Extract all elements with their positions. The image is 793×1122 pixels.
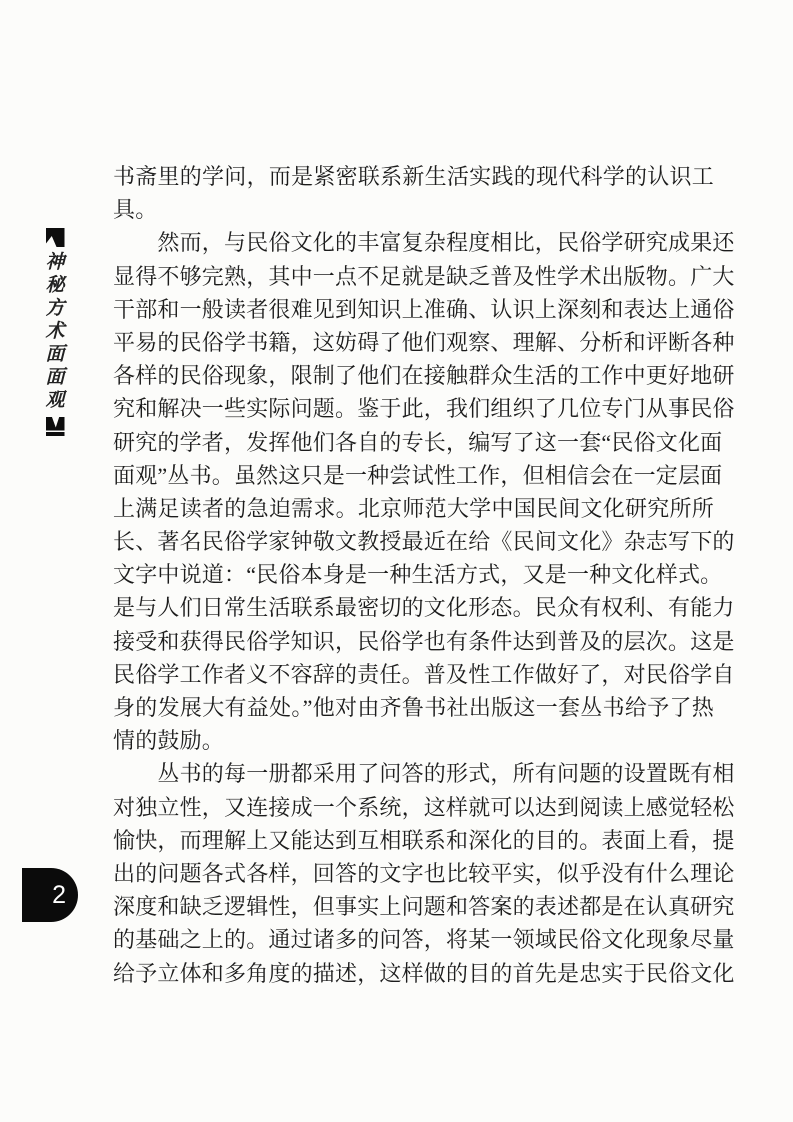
- body-text-line: 长、著名民俗学家钟敬文教授最近在给《民间文化》杂志写下的: [113, 525, 714, 558]
- page-number-badge: 2: [22, 868, 78, 922]
- body-text-line: 书斋里的学问，而是紧密联系新生活实践的现代科学的认识工: [113, 160, 714, 193]
- body-text-line: 干部和一般读者很难见到知识上准确、认识上深刻和表达上通俗: [113, 293, 714, 326]
- body-text-line: 民俗学工作者义不容辞的责任。普及性工作做好了，对民俗学自: [113, 658, 714, 691]
- sidebar-title-char: 术: [45, 320, 64, 343]
- flag-ornament-top-icon: [46, 228, 65, 247]
- body-text-line: 深度和缺乏逻辑性，但事实上问题和答案的表述都是在认真研究: [113, 890, 714, 923]
- body-text-line: 对独立性，又连接成一个系统，这样就可以达到阅读上感觉轻松: [113, 791, 714, 824]
- body-text-line: 究和解决一些实际问题。鉴于此，我们组织了几位专门从事民俗: [113, 392, 714, 425]
- body-text-line: 上满足读者的急迫需求。北京师范大学中国民间文化研究所所: [113, 492, 714, 525]
- body-text-line: 丛书的每一册都采用了问答的形式，所有问题的设置既有相: [113, 757, 714, 790]
- body-text-line: 研究的学者，发挥他们各自的专长，编写了这一套“民俗文化面: [113, 426, 714, 459]
- sidebar-book-title: 神秘方术面面观: [42, 228, 68, 436]
- body-text-line: 的基础之上的。通过诸多的问答，将某一领域民俗文化现象尽量: [113, 923, 714, 956]
- sidebar-title-char: 面: [45, 343, 64, 366]
- body-text-line: 给予立体和多角度的描述，这样做的目的首先是忠实于民俗文化: [113, 957, 714, 990]
- book-page: 神秘方术面面观 2 书斋里的学问，而是紧密联系新生活实践的现代科学的认识工具。 …: [0, 0, 793, 1122]
- body-text-line: 接受和获得民俗学知识，民俗学也有条件达到普及的层次。这是: [113, 625, 714, 658]
- body-text-line: 然而，与民俗文化的丰富复杂程度相比，民俗学研究成果还: [113, 226, 714, 259]
- sidebar-title-char: 秘: [45, 274, 64, 297]
- body-text-line: 平易的民俗学书籍，这妨碍了他们观察、理解、分析和评断各种: [113, 326, 714, 359]
- body-text-line: 显得不够完熟，其中一点不足就是缺乏普及性学术出版物。广大: [113, 260, 714, 293]
- body-text-line: 各样的民俗现象，限制了他们在接触群众生活的工作中更好地研: [113, 359, 714, 392]
- sidebar-title-char: 观: [45, 389, 64, 412]
- body-text: 书斋里的学问，而是紧密联系新生活实践的现代科学的认识工具。 然而，与民俗文化的丰…: [113, 160, 714, 990]
- body-text-line: 是与人们日常生活联系最密切的文化形态。民众有权利、有能力: [113, 591, 714, 624]
- body-text-line: 面观”丛书。虽然这只是一种尝试性工作，但相信会在一定层面: [113, 459, 714, 492]
- sidebar-title-vertical: 神秘方术面面观: [45, 251, 64, 412]
- body-text-line: 情的鼓励。: [113, 724, 714, 757]
- page-number: 2: [52, 883, 66, 908]
- sidebar-title-char: 面: [45, 366, 64, 389]
- sidebar-title-char: 方: [45, 297, 64, 320]
- body-text-line: 具。: [113, 193, 714, 226]
- body-text-line: 出的问题各式各样，回答的文字也比较平实，似乎没有什么理论: [113, 857, 714, 890]
- body-text-line: 愉快，而理解上又能达到互相联系和深化的目的。表面上看，提: [113, 824, 714, 857]
- body-text-line: 身的发展大有益处。”他对由齐鲁书社出版这一套丛书给予了热: [113, 691, 714, 724]
- flag-ornament-bottom-icon: [46, 417, 65, 436]
- body-text-line: 文字中说道：“民俗本身是一种生活方式，又是一种文化样式。: [113, 558, 714, 591]
- sidebar-title-char: 神: [45, 251, 64, 274]
